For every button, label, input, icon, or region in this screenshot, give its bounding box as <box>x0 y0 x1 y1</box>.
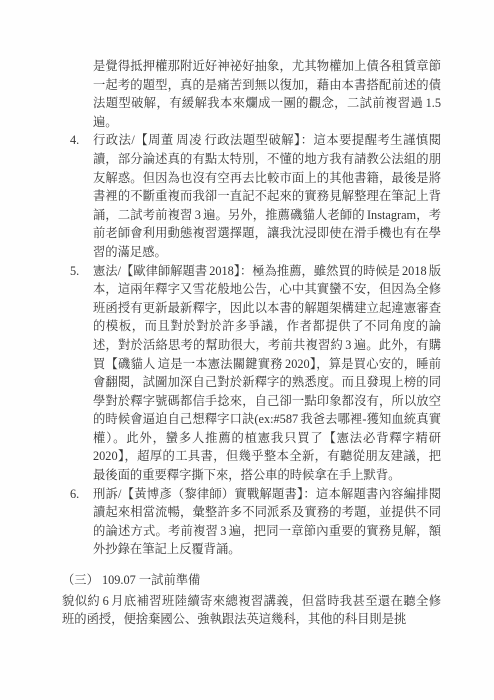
section-paragraph-first-exam-prep: 貌似約 6 月底補習班陸續寄來總複習講義，但當時我甚至還在聽全修班的函授，便捨棄… <box>62 592 441 629</box>
document-page: 是覺得抵押權那附近好神祕好抽象，尤其物權加上債各租賃章節一起考的題型，真的是痛苦… <box>0 0 494 700</box>
book-review-text-criminal-procedure: 刑訴/【黃博彥（黎律師）實戰解題書】：這本解題書內容編排閱讀起來相當流暢，彙整許… <box>93 485 441 559</box>
list-number: 6. <box>70 485 93 504</box>
book-review-text-administrative-law: 行政法/【周董 周凌 行政法題型破解】：這本要提醒考生謹慎閱讀，部分論述真的有點… <box>93 131 441 261</box>
book-review-text-constitutional-law: 憲法/【歐律師解題書 2018】：極為推薦，雖然買的時候是 2018 版本，這兩… <box>93 262 441 485</box>
book-list-item-5: 5. 憲法/【歐律師解題書 2018】：極為推薦，雖然買的時候是 2018 版本… <box>62 262 441 485</box>
book-list-item-6: 6. 刑訴/【黃博彥（黎律師）實戰解題書】：這本解題書內容編排閱讀起來相當流暢，… <box>62 485 441 559</box>
list-number: 4. <box>70 131 93 150</box>
section-heading-first-exam-prep: （三） 109.07 一試前準備 <box>62 571 441 590</box>
book-list-item-4: 4. 行政法/【周董 周凌 行政法題型破解】：這本要提醒考生謹慎閱讀，部分論述真… <box>62 131 441 261</box>
paragraph-item3-continuation: 是覺得抵押權那附近好神祕好抽象，尤其物權加上債各租賃章節一起考的題型，真的是痛苦… <box>93 57 441 131</box>
list-number: 5. <box>70 262 93 281</box>
